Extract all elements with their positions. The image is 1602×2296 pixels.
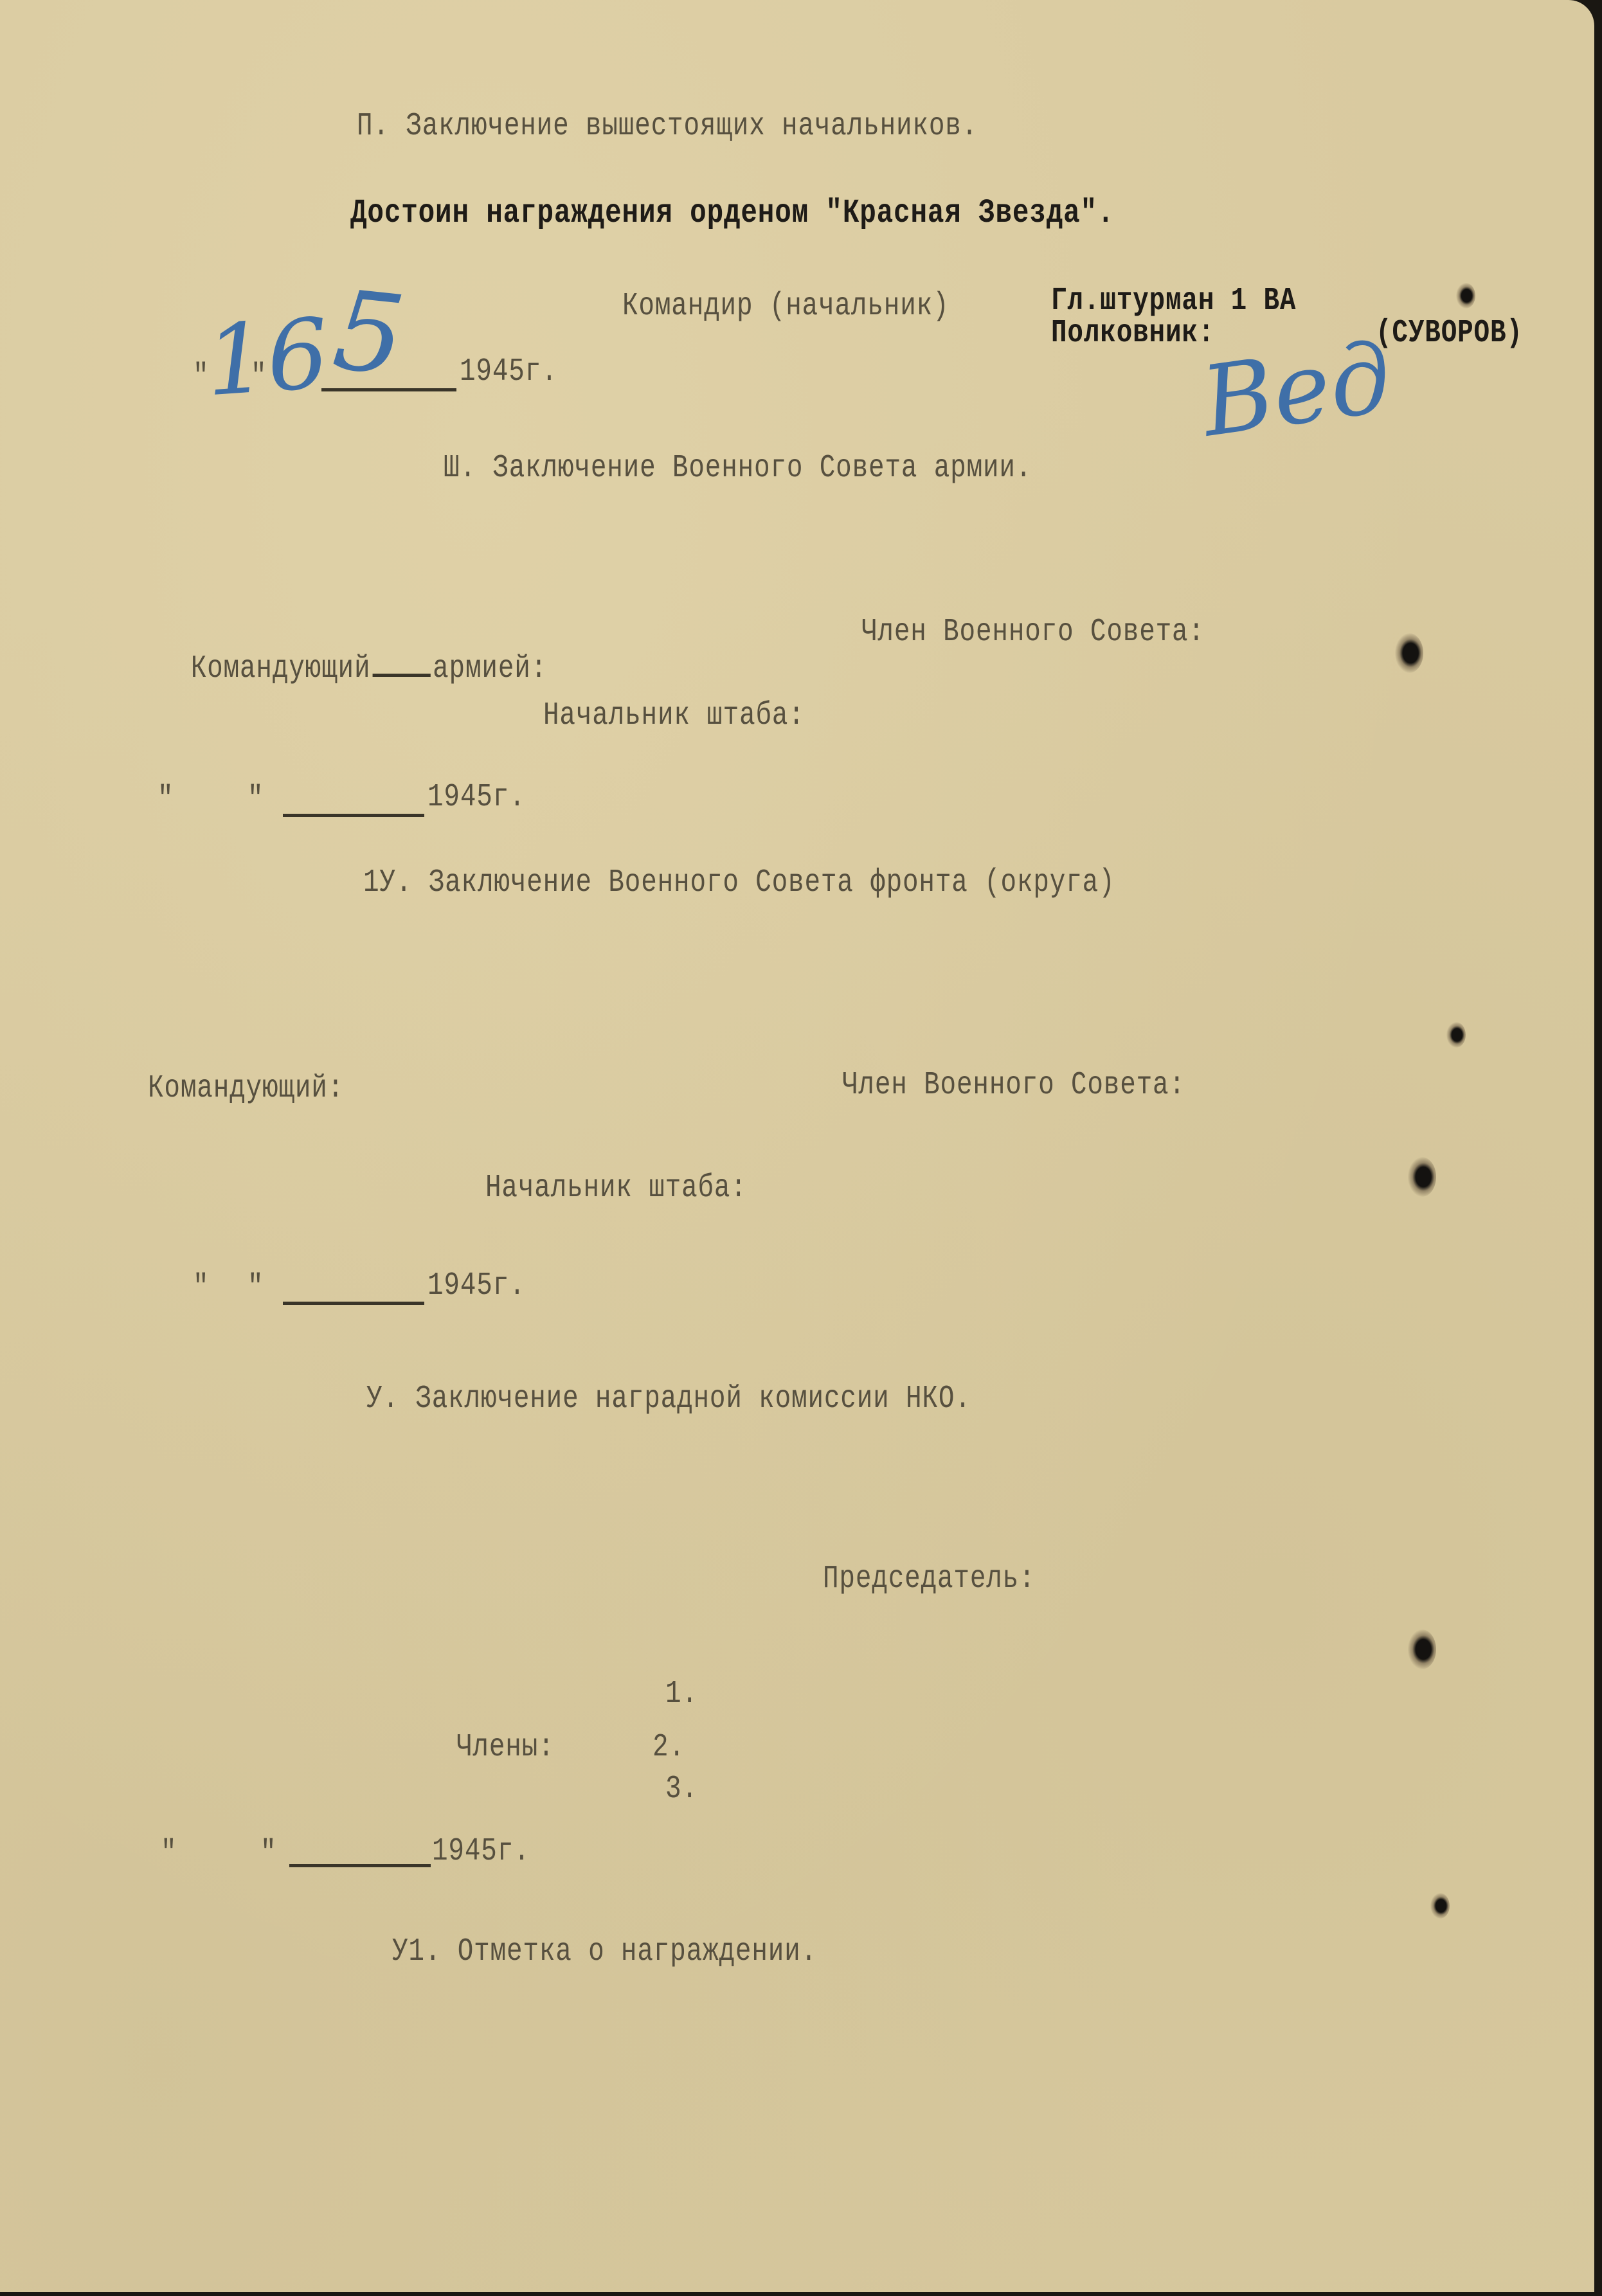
- punch-hole: [1456, 283, 1475, 309]
- nko-date-year: 1945г.: [432, 1833, 530, 1870]
- signer-name: (СУВОРОВ): [1376, 315, 1523, 352]
- punch-hole: [1446, 1022, 1466, 1048]
- army-suffix: армией:: [433, 650, 547, 687]
- nko-date-blank: [289, 1864, 431, 1867]
- army-date-open-quote: ": [157, 781, 174, 818]
- front-date-open-quote: ": [193, 1269, 209, 1306]
- member-1: 1.: [665, 1676, 698, 1712]
- month-blank-line: [321, 388, 456, 391]
- front-date-year: 1945г.: [428, 1268, 526, 1304]
- handwritten-day: 16: [202, 298, 332, 418]
- document-page: П. Заключение вышестоящих начальников. Д…: [0, 0, 1594, 2292]
- member-3: 3.: [665, 1771, 698, 1807]
- army-council-member-label: Член Военного Совета:: [861, 614, 1205, 650]
- section-4-heading: 1У. Заключение Военного Совета фронта (о…: [363, 865, 1115, 901]
- punch-hole: [1395, 633, 1423, 673]
- nko-date-open-quote: ": [161, 1835, 177, 1872]
- army-chief-of-staff-label: Начальник штаба:: [543, 697, 805, 734]
- position-line-2: Полковник:: [1051, 315, 1214, 352]
- army-date-blank: [283, 814, 424, 817]
- commander-label: Командир (начальник): [622, 288, 949, 325]
- front-chief-of-staff-label: Начальник штаба:: [485, 1170, 747, 1206]
- army-number-blank: [373, 674, 431, 677]
- section-3-heading: Ш. Заключение Военного Совета армии.: [444, 450, 1032, 487]
- chairman-label: Председатель:: [823, 1561, 1036, 1597]
- award-conclusion: Достоин награждения орденом "Красная Зве…: [350, 194, 1114, 232]
- member-2: 2.: [652, 1729, 685, 1766]
- members-label: Члены:: [456, 1729, 555, 1766]
- section-2-heading: П. Заключение вышестоящих начальников.: [357, 108, 978, 145]
- punch-hole: [1408, 1629, 1436, 1669]
- army-commander-text: Командующий: [191, 650, 371, 687]
- army-date-year: 1945г.: [428, 779, 526, 816]
- front-date-close-quote: ": [248, 1269, 264, 1306]
- army-commander-label: Командующийармией:: [125, 614, 547, 724]
- nko-date-close-quote: ": [260, 1835, 276, 1872]
- date-year: 1945г.: [460, 354, 558, 390]
- army-date-close-quote: ": [248, 781, 264, 818]
- front-council-member-label: Член Военного Совета:: [842, 1067, 1185, 1104]
- position-line-1: Гл.штурман 1 ВА: [1051, 283, 1296, 319]
- section-5-heading: У. Заключение наградной комиссии НКО.: [366, 1381, 971, 1417]
- handwritten-month: 5: [328, 267, 410, 400]
- section-6-heading: У1. Отметка о награждении.: [392, 1933, 817, 1970]
- front-commander-label: Командующий:: [148, 1070, 344, 1107]
- punch-hole: [1408, 1157, 1436, 1197]
- front-date-blank: [283, 1302, 424, 1305]
- punch-hole: [1430, 1893, 1450, 1919]
- handwritten-signature: Вед: [1195, 321, 1398, 458]
